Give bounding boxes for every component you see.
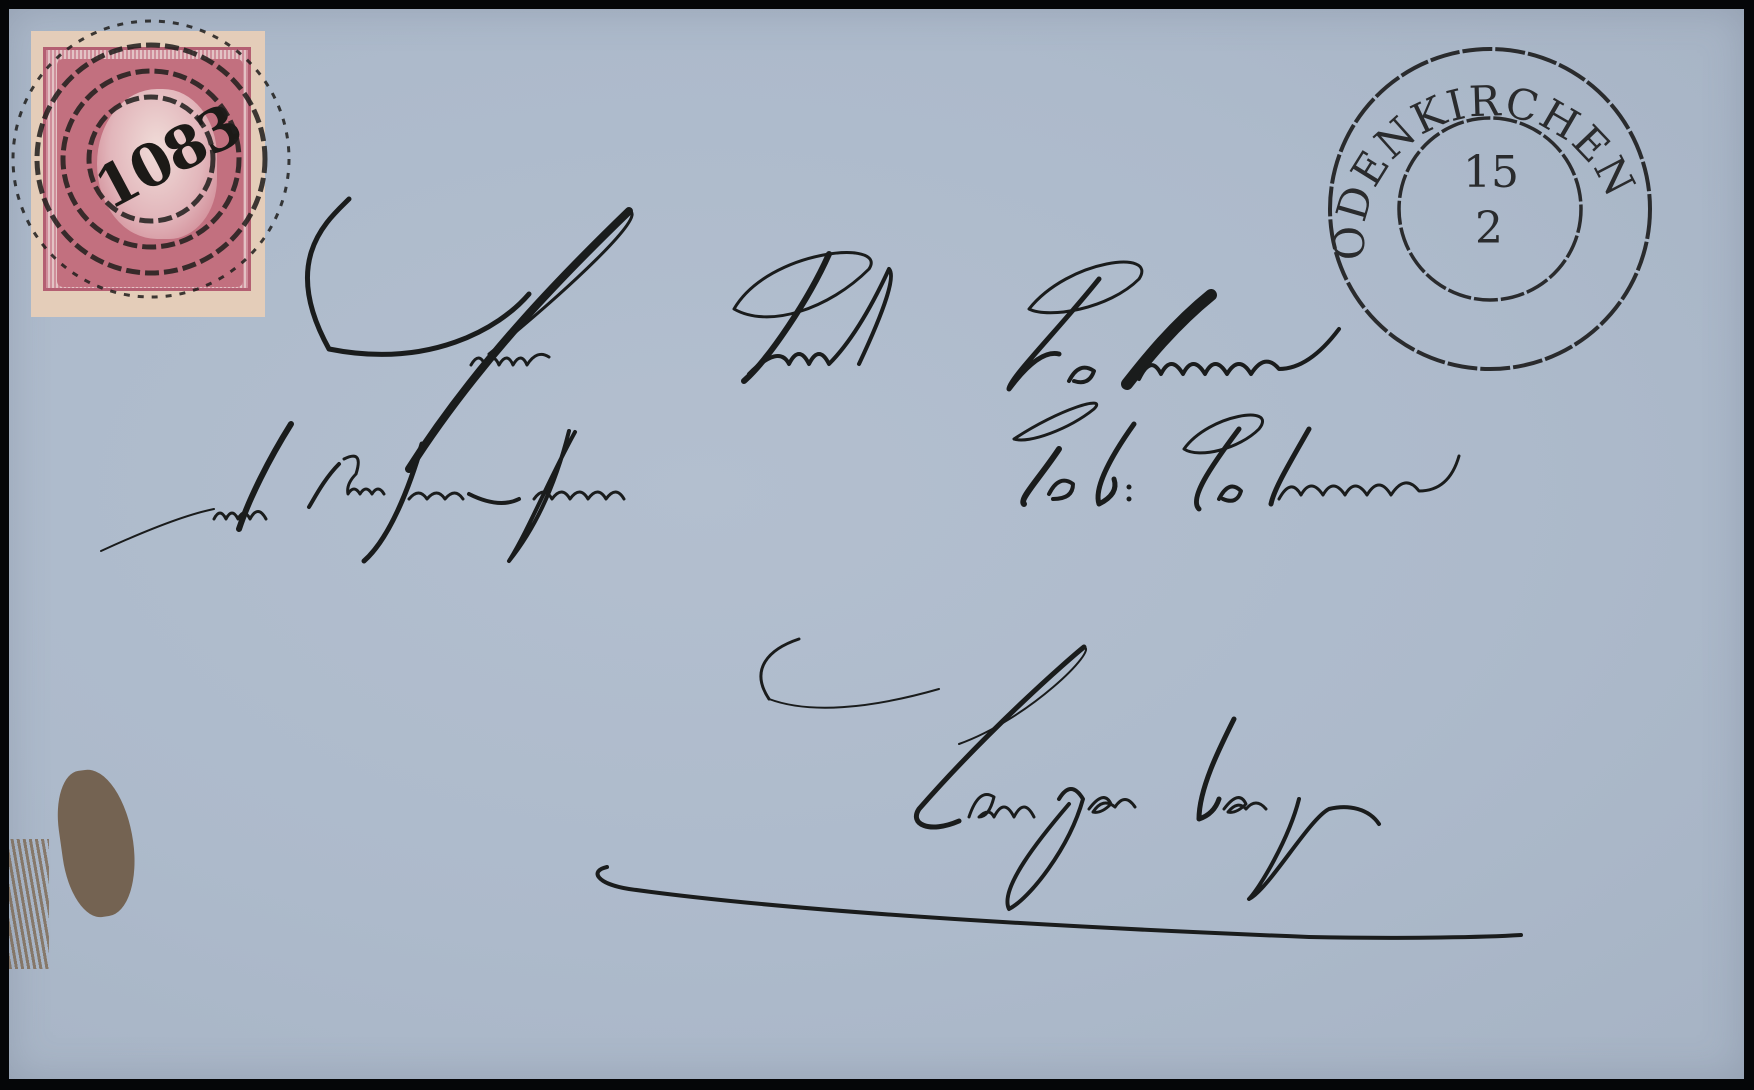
ring-cancel <box>13 21 289 297</box>
postmark-day: 15 <box>1461 151 1521 195</box>
postmark-month: 2 <box>1459 207 1519 251</box>
address-line-1 <box>307 199 1339 469</box>
address-city <box>598 639 1521 938</box>
envelope: 1083 ODENKIRCHEN <box>9 9 1744 1079</box>
address-line-2 <box>101 403 1459 561</box>
